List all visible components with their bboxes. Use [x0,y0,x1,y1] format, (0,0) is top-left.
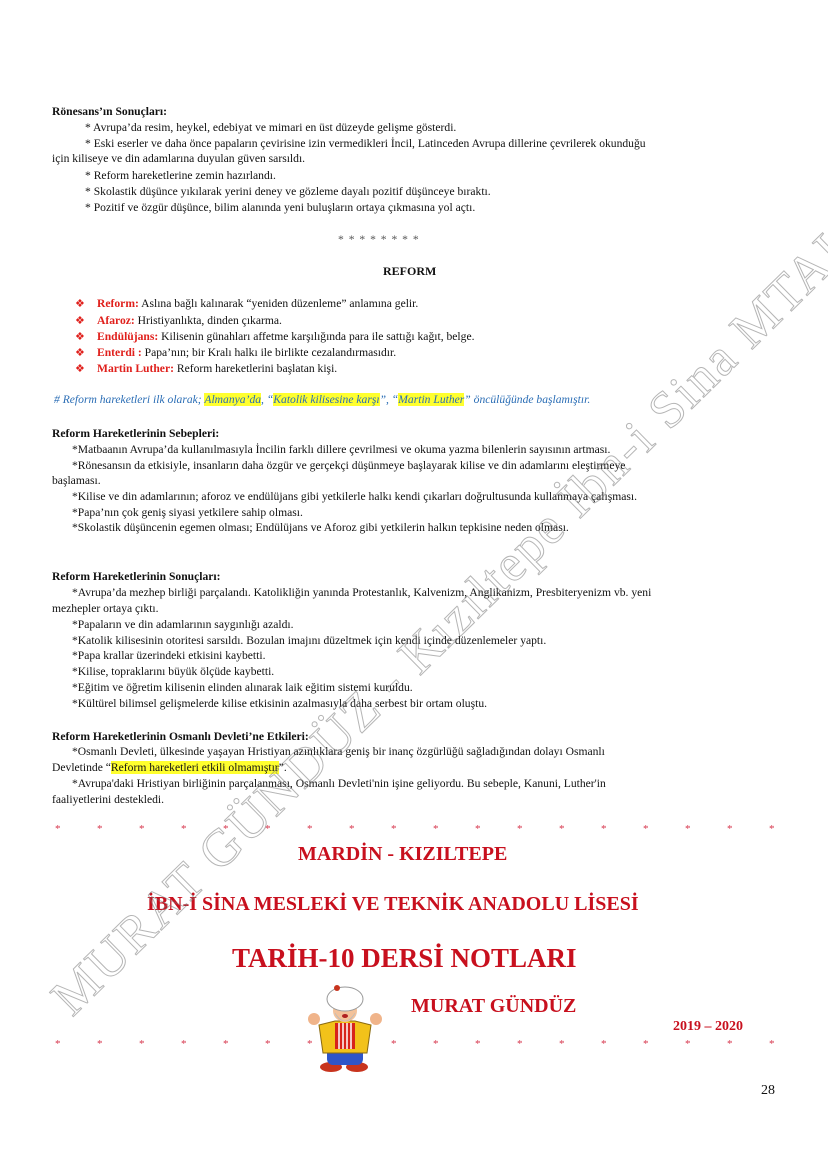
note-prefix: # Reform hareketleri ilk olarak; [54,393,204,406]
decorative-star-icon: * [475,823,481,835]
decorative-star-icon: * [727,823,733,835]
definition-term: Martin Luther: [97,362,174,375]
cause-item: *Rönesansın da etkisiyle, insanların dah… [72,458,625,473]
decorative-star-icon: * [559,1038,565,1050]
decorative-star-icon: * [769,823,775,835]
decorative-star-icon: * [391,1038,397,1050]
decorative-star-icon: * [685,1038,691,1050]
page-number: 28 [761,1083,775,1099]
causes-heading: Reform Hareketlerinin Sebepleri: [52,426,219,441]
result-item: *Papaların ve din adamlarının saygınlığı… [72,617,294,632]
definition-text: Kilisenin günahları affetme karşılığında… [158,330,474,343]
footer-location: MARDİN - KIZILTEPE [298,843,507,866]
decorative-star-icon: * [601,1038,607,1050]
diamond-bullet-icon: ❖ [75,346,97,361]
highlight-luther: Martin Luther [398,393,464,406]
footer-school: İBN-İ SİNA MESLEKİ VE TEKNİK ANADOLU LİS… [147,893,639,916]
highlight-almanya: Almanya’da [204,393,261,406]
decorative-star-icon: * [517,823,523,835]
definition-item: ❖Martin Luther: Reform hareketlerini baş… [75,361,337,377]
result-item: *Kilise, topraklarını büyük ölçüde kaybe… [72,664,274,679]
decorative-star-icon: * [139,823,145,835]
definition-item: ❖Afaroz: Hristiyanlıkta, dinden çıkarma. [75,313,282,329]
renaissance-item: * Reform hareketlerine zemin hazırlandı. [85,168,276,183]
decorative-star-icon: * [433,823,439,835]
cause-item: başlaması. [52,473,101,488]
ottoman-line-prefix: Devletinde “ [52,761,111,774]
footer-course: TARİH-10 DERSİ NOTLARI [232,943,577,974]
cause-item: *Skolastik düşüncenin egemen olması; End… [72,520,569,535]
result-item: *Avrupa’da mezhep birliği parçalandı. Ka… [72,585,651,600]
nasreddin-hoca-mascot-icon [305,985,385,1073]
ottoman-line: Devletinde “Reform hareketleri etkili ol… [52,760,287,775]
decorative-star-icon: * [349,823,355,835]
definition-term: Afaroz: [97,314,135,327]
cause-item: *Matbaanın Avrupa’da kullanılmasıyla İnc… [72,442,610,457]
definition-text: Hristiyanlıkta, dinden çıkarma. [135,314,282,327]
note-mid: , “ [261,393,273,406]
ottoman-heading: Reform Hareketlerinin Osmanlı Devleti’ne… [52,729,309,744]
definition-text: Aslına bağlı kalınarak “yeniden düzenlem… [139,297,418,310]
definition-term: Reform: [97,297,139,310]
diamond-bullet-icon: ❖ [75,297,97,312]
footer-year: 2019 – 2020 [673,1019,743,1035]
definition-text: Papa’nın; bir Kralı halkı ile birlikte c… [142,346,396,359]
decorative-star-icon: * [685,823,691,835]
renaissance-item: * Skolastik düşünce yıkılarak yerini den… [85,184,491,199]
definition-item: ❖Endülüjans: Kilisenin günahları affetme… [75,329,475,345]
definition-term: Endülüjans: [97,330,158,343]
note-suffix: ” öncülüğünde başlamıştır. [464,393,590,406]
decorative-star-icon: * [265,1038,271,1050]
renaissance-item: için kiliseye ve din adamlarına duyulan … [52,151,305,166]
renaissance-item: * Avrupa’da resim, heykel, edebiyat ve m… [85,120,456,135]
cause-item: *Papa’nın çok geniş siyasi yetkilere sah… [72,505,303,520]
diamond-bullet-icon: ❖ [75,314,97,329]
decorative-star-icon: * [181,1038,187,1050]
diamond-bullet-icon: ❖ [75,362,97,377]
ottoman-line: faaliyetlerini destekledi. [52,792,164,807]
renaissance-heading: Rönesans’ın Sonuçları: [52,104,167,119]
decorative-star-icon: * [55,823,61,835]
results-heading: Reform Hareketlerinin Sonuçları: [52,569,221,584]
highlight-katolik: Katolik kilisesine karşı [273,393,379,406]
diamond-bullet-icon: ❖ [75,330,97,345]
definition-item: ❖Reform: Aslına bağlı kalınarak “yeniden… [75,296,418,312]
section-separator: * * * * * * * * [338,232,420,247]
decorative-star-icon: * [601,823,607,835]
decorative-star-icon: * [643,823,649,835]
renaissance-item: * Eski eserler ve daha önce papaların çe… [85,136,646,151]
decorative-star-icon: * [223,1038,229,1050]
decorative-star-icon: * [391,823,397,835]
reform-title: REFORM [383,264,436,279]
decorative-star-icon: * [97,823,103,835]
decorative-star-icon: * [139,1038,145,1050]
decorative-star-icon: * [181,823,187,835]
definition-item: ❖Enterdi : Papa’nın; bir Kralı halkı ile… [75,345,396,361]
decorative-star-icon: * [55,1038,61,1050]
decorative-star-icon: * [727,1038,733,1050]
renaissance-item: * Pozitif ve özgür düşünce, bilim alanın… [85,200,475,215]
decorative-star-icon: * [433,1038,439,1050]
ottoman-line: *Avrupa'daki Hristiyan birliğinin parçal… [72,776,606,791]
footer-author: MURAT GÜNDÜZ [411,995,576,1018]
definition-text: Reform hareketlerini başlatan kişi. [174,362,337,375]
result-item: *Papa krallar üzerindeki etkisini kaybet… [72,648,266,663]
decorative-star-icon: * [475,1038,481,1050]
decorative-star-icon: * [97,1038,103,1050]
decorative-star-icon: * [559,823,565,835]
decorative-star-icon: * [769,1038,775,1050]
highlight-etkili-olmamistir: Reform hareketleri etkili olmamıştır [111,761,279,774]
decorative-star-icon: * [643,1038,649,1050]
result-item: mezhepler ortaya çıktı. [52,601,159,616]
note-mid: ”, “ [380,393,399,406]
decorative-star-icon: * [307,823,313,835]
reform-note: # Reform hareketleri ilk olarak; Almanya… [54,392,590,407]
definition-term: Enterdi : [97,346,142,359]
document-page: Rönesans’ın Sonuçları: * Avrupa’da resim… [0,0,828,1171]
decorative-star-icon: * [517,1038,523,1050]
result-item: *Kültürel bilimsel gelişmelerde kilise e… [72,696,487,711]
